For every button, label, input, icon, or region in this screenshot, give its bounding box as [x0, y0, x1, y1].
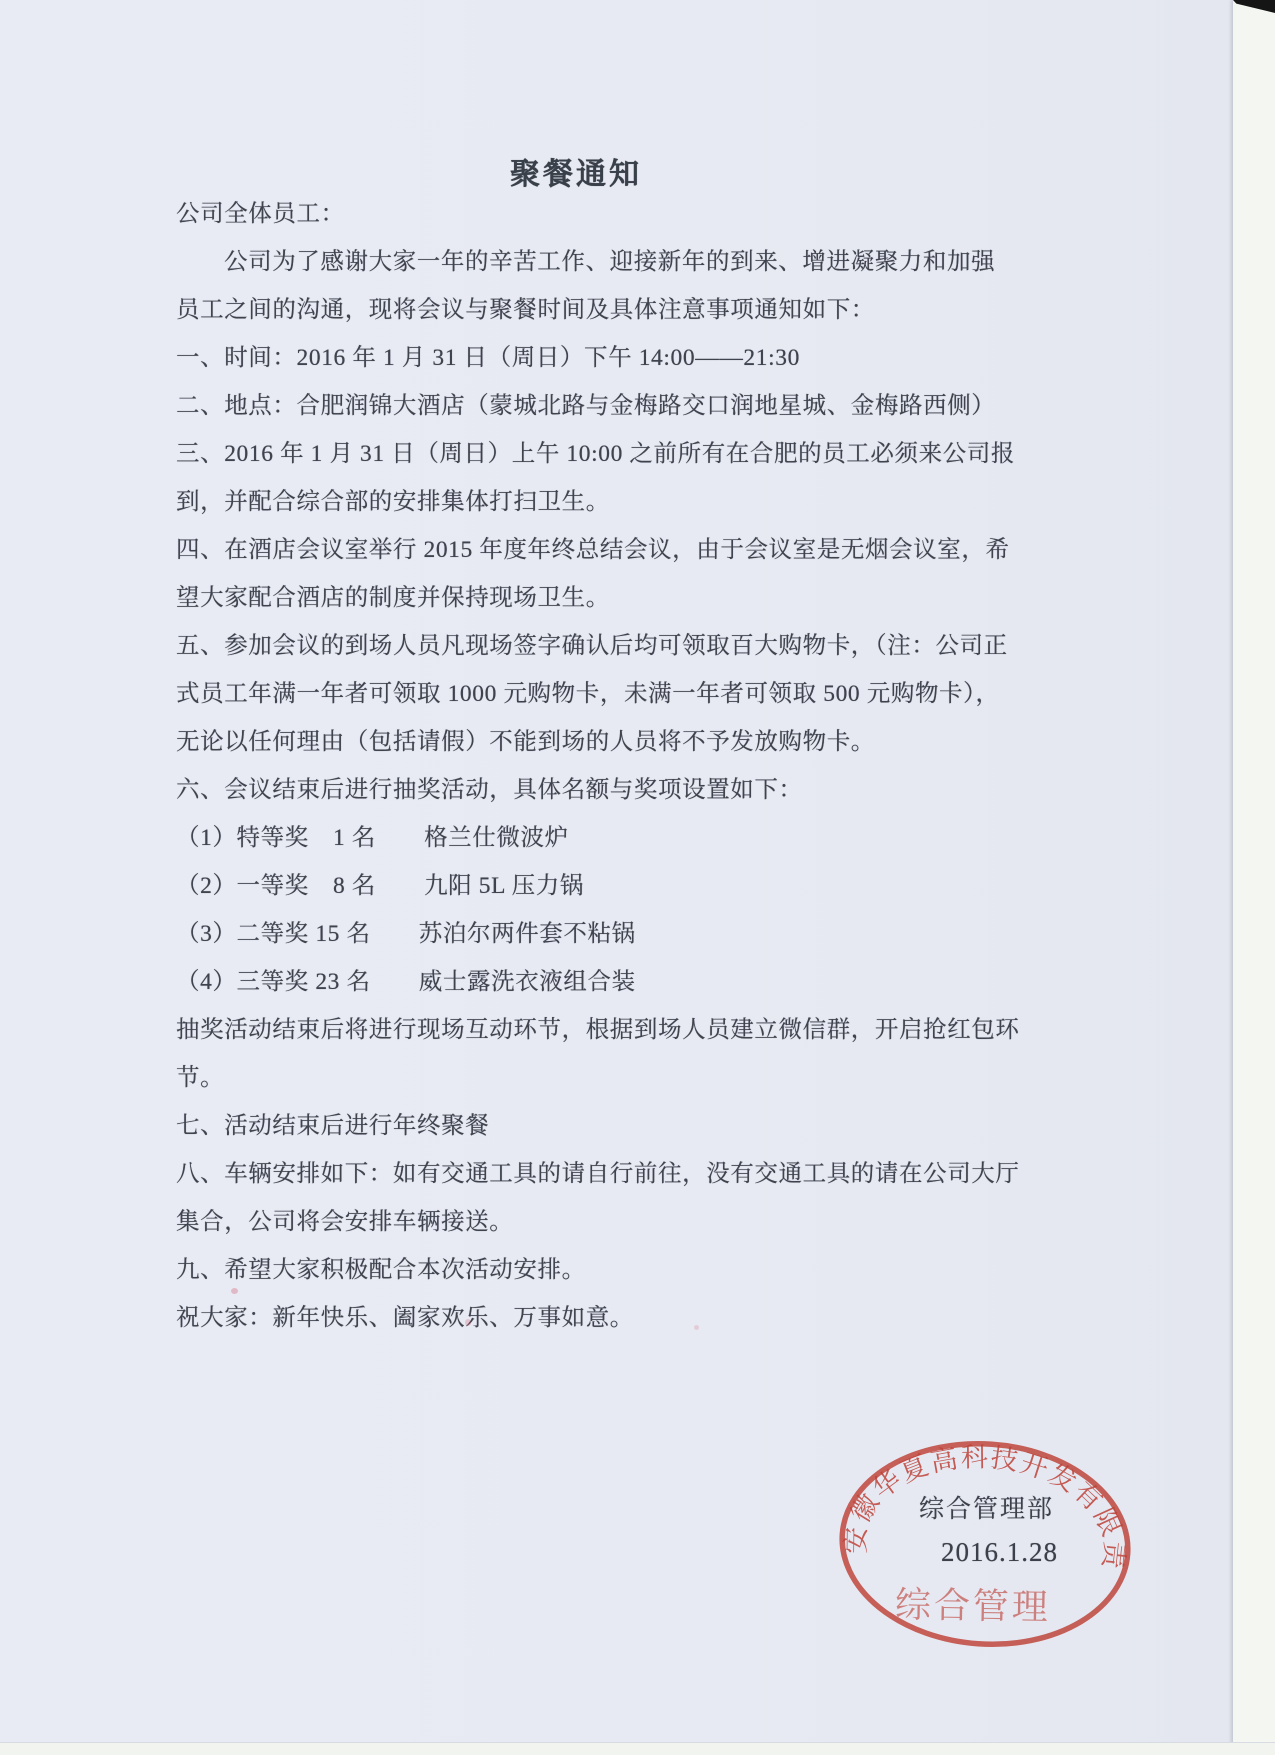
scan-bottom-edge: [0, 1742, 1275, 1755]
text-line: 抽奖活动结束后将进行现场互动环节，根据到场人员建立微信群，开启抢红包环: [176, 1006, 996, 1054]
scan-speck: [694, 1325, 699, 1330]
text-line: 一、时间：2016 年 1 月 31 日（周日）下午 14:00——21:30: [176, 334, 996, 382]
text-line: 集合，公司将会安排车辆接送。: [176, 1198, 996, 1246]
document-body: 公司全体员工：公司为了感谢大家一年的辛苦工作、迎接新年的到来、增进凝聚力和加强员…: [176, 190, 996, 1342]
text-line: 公司全体员工：: [176, 190, 996, 238]
scan-speck: [465, 1319, 471, 1326]
text-line: 八、车辆安排如下：如有交通工具的请自行前往，没有交通工具的请在公司大厅: [176, 1150, 996, 1198]
signature-department: 综合管理部: [919, 1489, 1054, 1525]
text-line: 五、参加会议的到场人员凡现场签字确认后均可领取百大购物卡，（注：公司正: [176, 622, 996, 670]
text-line: 三、2016 年 1 月 31 日（周日）上午 10:00 之前所有在合肥的员工…: [176, 430, 996, 478]
text-line: （4）三等奖 23 名 威士露洗衣液组合装: [176, 958, 996, 1006]
signature-date: 2016.1.28: [941, 1537, 1058, 1568]
text-line: 九、希望大家积极配合本次活动安排。: [176, 1246, 996, 1294]
text-line: 四、在酒店会议室举行 2015 年度年终总结会议，由于会议室是无烟会议室，希: [176, 526, 996, 574]
text-line: （3）二等奖 15 名 苏泊尔两件套不粘锅: [176, 910, 996, 958]
scan-edge-strip: [1233, 0, 1275, 1755]
text-line: 节。: [176, 1054, 996, 1102]
text-line: 七、活动结束后进行年终聚餐: [176, 1102, 996, 1150]
text-line: 无论以任何理由（包括请假）不能到场的人员将不予发放购物卡。: [176, 718, 996, 766]
stamp-center-text: 综合管理: [895, 1585, 1052, 1628]
text-line: 到，并配合综合部的安排集体打扫卫生。: [176, 478, 996, 526]
text-line: 二、地点：合肥润锦大酒店（蒙城北路与金梅路交口润地星城、金梅路西侧）: [176, 382, 996, 430]
text-line: 式员工年满一年者可领取 1000 元购物卡，未满一年者可领取 500 元购物卡）…: [176, 670, 996, 718]
text-line: （2）一等奖 8 名 九阳 5L 压力锅: [176, 862, 996, 910]
text-line: 六、会议结束后进行抽奖活动，具体名额与奖项设置如下：: [176, 766, 996, 814]
text-line: 员工之间的沟通，现将会议与聚餐时间及具体注意事项通知如下：: [176, 286, 996, 334]
scanned-document-page: 聚餐通知 公司全体员工：公司为了感谢大家一年的辛苦工作、迎接新年的到来、增进凝聚…: [0, 0, 1275, 1755]
text-line: 望大家配合酒店的制度并保持现场卫生。: [176, 574, 996, 622]
scan-speck: [231, 1288, 238, 1294]
text-line: 公司为了感谢大家一年的辛苦工作、迎接新年的到来、增进凝聚力和加强: [176, 238, 996, 286]
text-line: （1）特等奖 1 名 格兰仕微波炉: [176, 814, 996, 862]
text-line: 祝大家：新年快乐、阖家欢乐、万事如意。: [176, 1294, 996, 1342]
page-title: 聚餐通知: [176, 149, 976, 193]
